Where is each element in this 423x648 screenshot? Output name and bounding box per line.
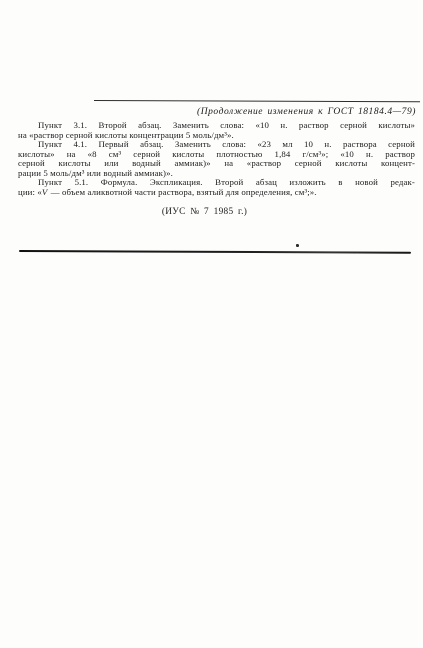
amendment-text: Пункт 3.1. Второй абзац. Заменить слова:… xyxy=(18,121,415,197)
continuation-note: (Продолжение изменения к ГОСТ 18184.4—79… xyxy=(18,107,416,117)
source-note: (ИУС № 7 1985 г.) xyxy=(6,207,403,217)
formula-line: ции: «V — объем аликвотной части раствор… xyxy=(18,188,415,198)
text-line: кислоты» на «8 см³ серной кислоты плотно… xyxy=(18,150,415,160)
document-page: (Продолжение изменения к ГОСТ 18184.4—79… xyxy=(0,0,423,648)
formula-suffix: — объем аликвотной части раствора, взяты… xyxy=(48,187,316,197)
formula-prefix: ции: « xyxy=(18,187,42,197)
bottom-rule xyxy=(19,250,411,254)
top-rule xyxy=(94,100,420,103)
text-line: рации 5 моль/дм³ или водный аммиак)». xyxy=(18,169,415,179)
text-line-punkt-4-1: Пункт 4.1. Первый абзац. Заменить слова:… xyxy=(18,140,415,150)
text-line: на «раствор серной кислоты концентрации … xyxy=(18,131,415,141)
ink-dot xyxy=(296,244,299,247)
